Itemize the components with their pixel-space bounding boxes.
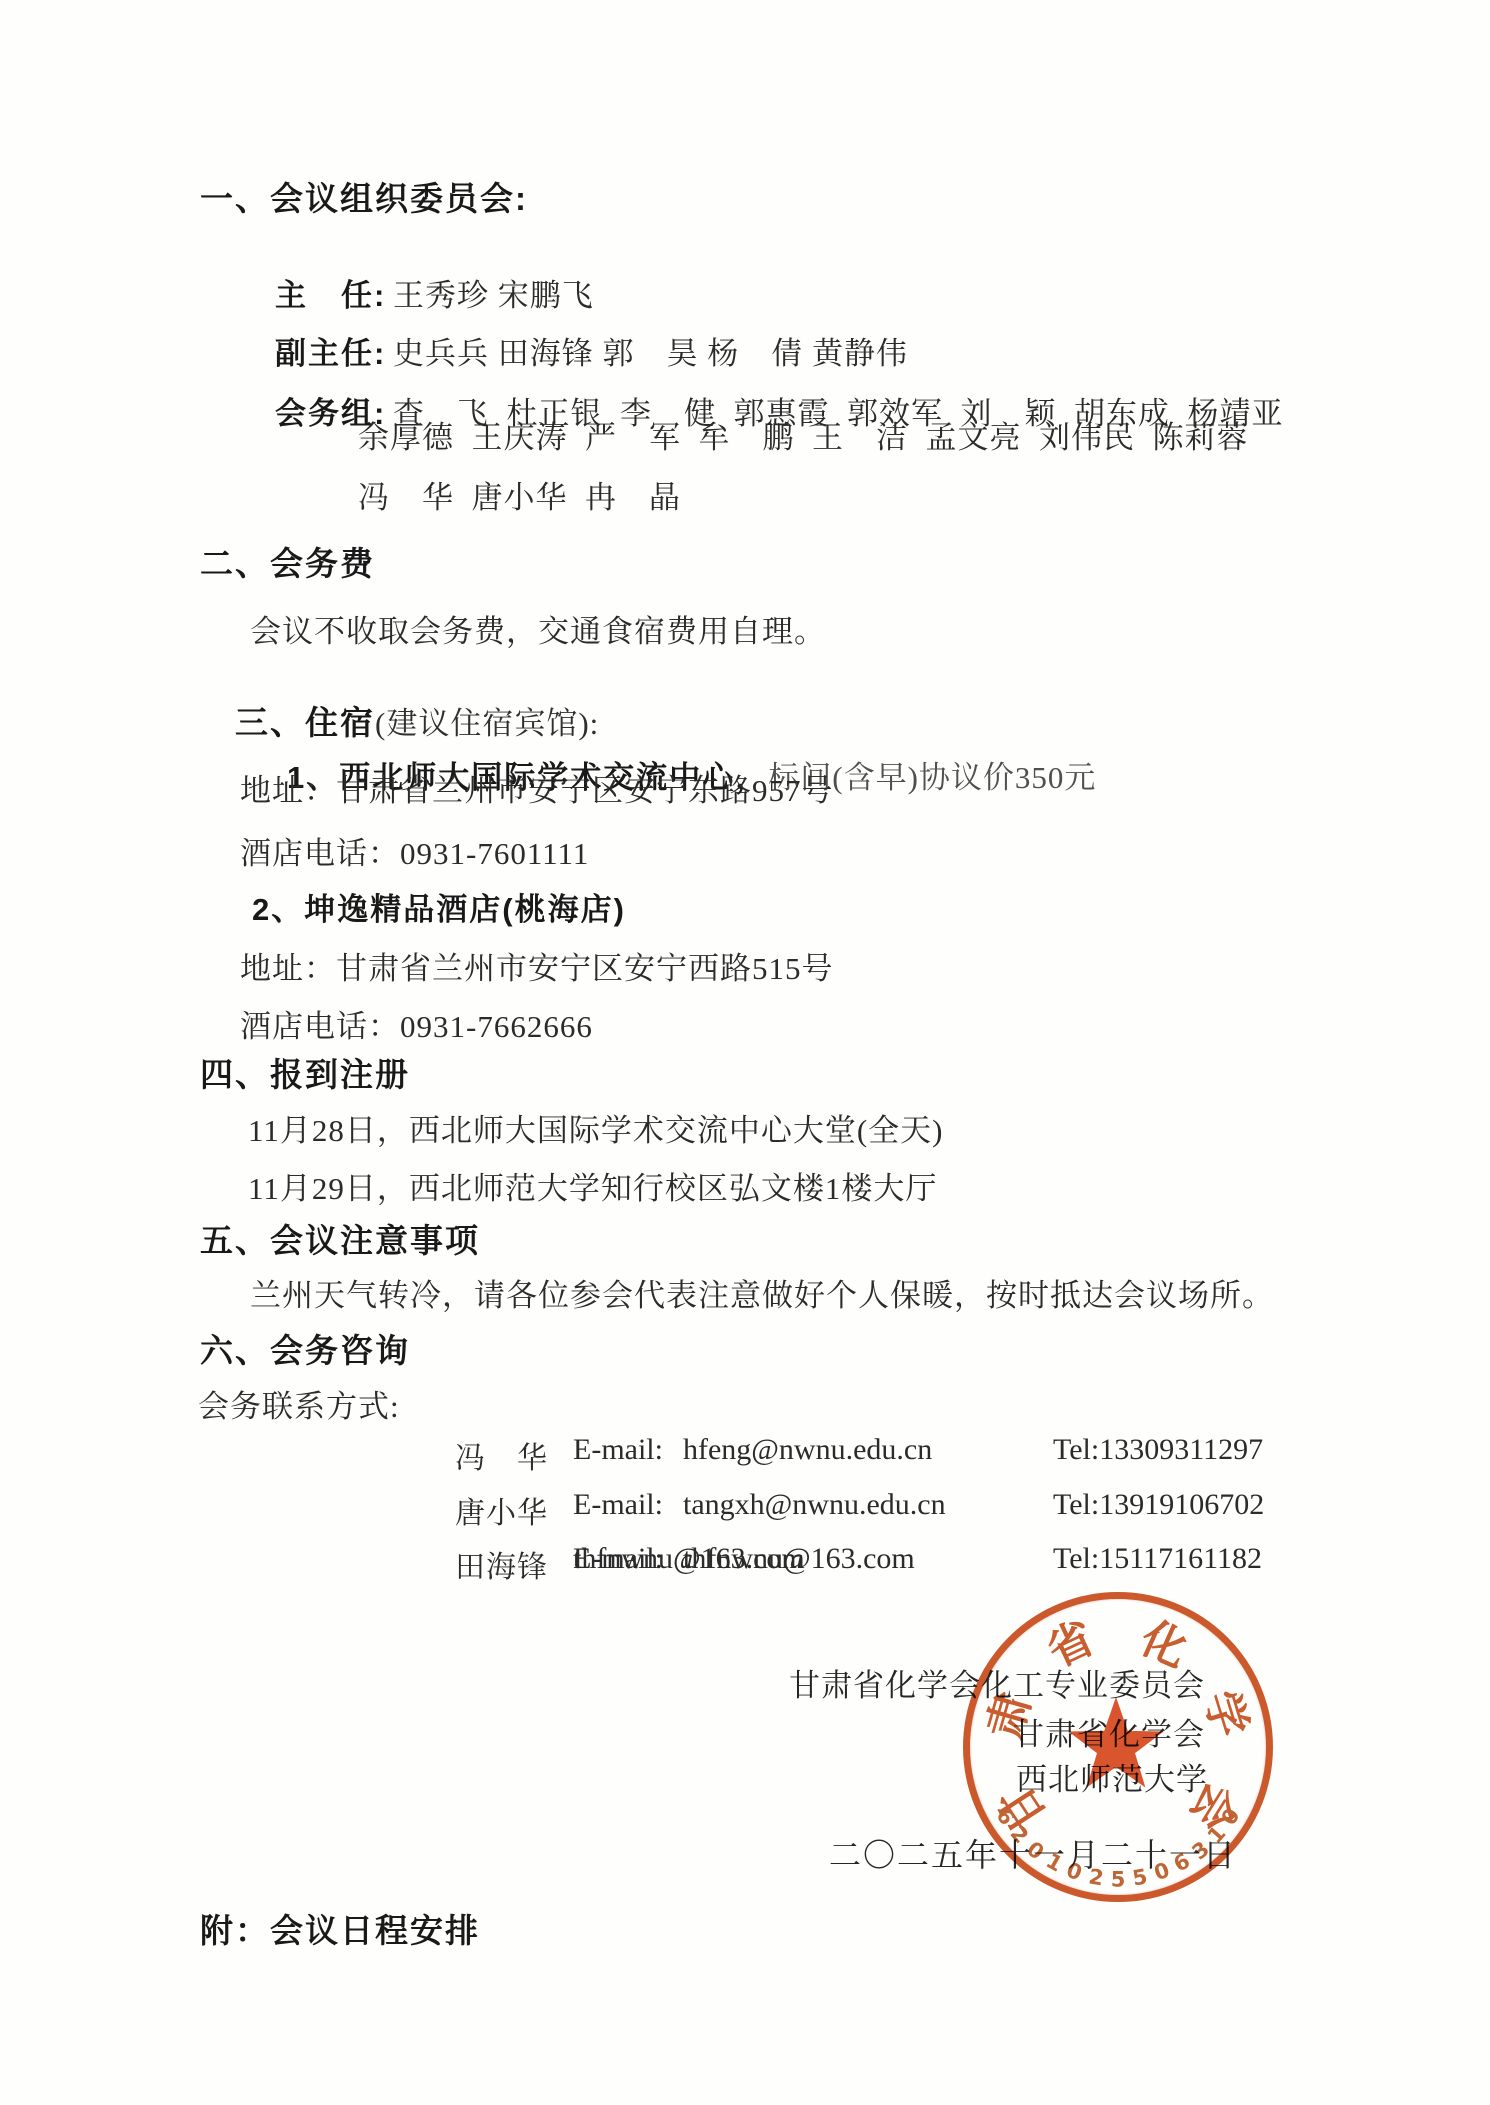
section-heading-committee: 一、会议组织委员会:: [200, 180, 528, 218]
section-heading-notice: 五、会议注意事项: [200, 1222, 480, 1260]
hotel2-name: 2、坤逸精品酒店(桃海店): [252, 892, 626, 928]
registration-line1: 11月28日，西北师大国际学术交流中心大堂(全天): [248, 1113, 944, 1149]
hotel2-address: 地址：甘肃省兰州市安宁区安宁西路515号: [240, 951, 834, 987]
hotel2-phone: 酒店电话：0931-7662666: [240, 1009, 593, 1045]
contact-email: tangxh@nwnu.edu.cn: [683, 1488, 946, 1522]
contact-row: 田海锋 thfnwnu@163.com E-mail: thfnwnu@163.…: [0, 1542, 1490, 1586]
contact-name: 田海锋: [455, 1542, 548, 1586]
contact-email: thfnwnu@163.com: [683, 1542, 915, 1576]
contact-row: 唐小华 E-mail: tangxh@nwnu.edu.cn Tel:13919…: [0, 1488, 1490, 1532]
contact-intro-text: 会务联系方式:: [198, 1389, 400, 1425]
contact-phone: Tel:15117161182: [1053, 1542, 1262, 1576]
contact-row: 冯 华 E-mail: hfeng@nwnu.edu.cn Tel:133093…: [0, 1433, 1490, 1477]
email-label: E-mail:: [573, 1433, 663, 1467]
section-heading-fee: 二、会务费: [200, 545, 375, 583]
signature-date: 二〇二五年十一月二十一日: [829, 1830, 1237, 1876]
section-heading-consult: 六、会务咨询: [200, 1332, 410, 1370]
hotel1-phone: 酒店电话：0931-7601111: [240, 836, 589, 872]
hotel1-address: 地址：甘肃省兰州市安宁区安宁东路957号: [240, 773, 834, 809]
contact-phone: Tel:13309311297: [1053, 1433, 1263, 1467]
email-label: E-mail:: [573, 1542, 663, 1576]
signature-org-university: 西北师范大学: [1016, 1754, 1208, 1799]
signature-org-committee: 甘肃省化学会化工专业委员会: [789, 1660, 1205, 1705]
fee-body-text: 会议不收取会务费，交通食宿费用自理。: [250, 614, 826, 650]
contact-phone: Tel:13919106702: [1053, 1488, 1264, 1522]
contact-name: 唐小华: [455, 1488, 548, 1532]
section-heading-registration: 四、报到注册: [200, 1056, 410, 1094]
email-label: E-mail:: [573, 1488, 663, 1522]
attachment-note: 附：会议日程安排: [200, 1912, 480, 1950]
scanned-document-page: 一、会议组织委员会: 主 任:王秀珍 宋鹏飞 副主任:史兵兵 田海锋 郭 昊 杨…: [0, 0, 1490, 2105]
notice-body-text: 兰州天气转冷，请各位参会代表注意做好个人保暖，按时抵达会议场所。: [250, 1278, 1274, 1314]
contact-email: hfeng@nwnu.edu.cn: [683, 1433, 932, 1467]
registration-line2: 11月29日，西北师范大学知行校区弘文楼1楼大厅: [248, 1171, 937, 1207]
signature-org-society: 甘肃省化学会: [1013, 1709, 1205, 1754]
staff-names-line2: 余厚德 王庆涛 严 军 牟 鹏 王 洁 孟文亮 刘伟民 陈莉蓉: [358, 420, 1249, 456]
staff-names-line3: 冯 华 唐小华 冉 晶: [358, 480, 681, 516]
contact-name: 冯 华: [455, 1433, 548, 1477]
